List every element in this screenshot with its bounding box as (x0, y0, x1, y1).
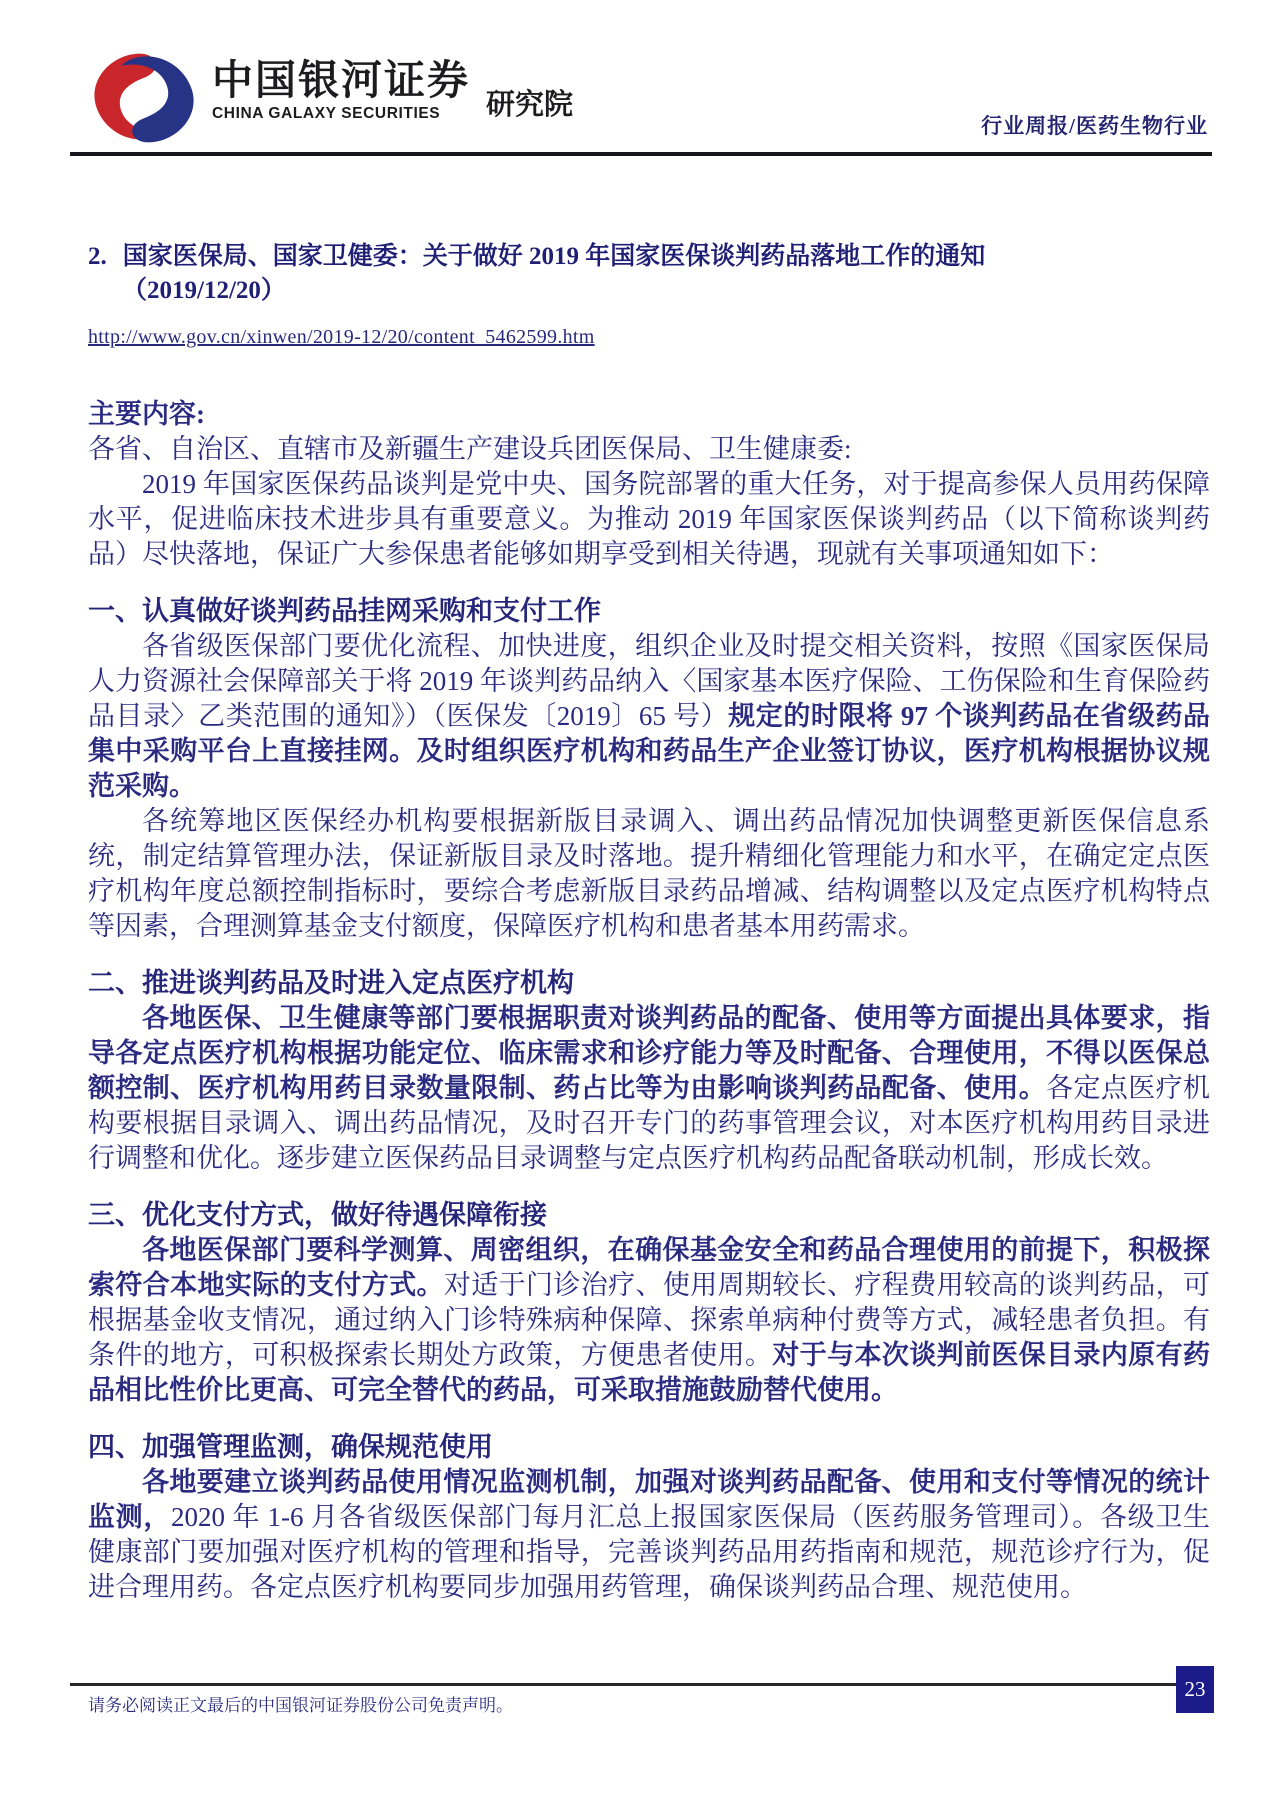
section-1: 一、认真做好谈判药品挂网采购和支付工作 各省级医保部门要优化流程、加快进度，组织… (88, 594, 1210, 944)
brand-name-en: CHINA GALAXY SECURITIES (212, 105, 470, 123)
brand-lockup: 中国银河证券 CHINA GALAXY SECURITIES 研究院 (92, 50, 573, 146)
page-number-badge: 23 (1176, 1666, 1214, 1713)
intro-paragraph: 2019 年国家医保药品谈判是党中央、国务院部署的重大任务，对于提高参保人员用药… (88, 467, 1210, 572)
brand-text: 中国银河证券 CHINA GALAXY SECURITIES (212, 50, 470, 123)
report-type-label: 行业周报/医药生物行业 (981, 110, 1208, 140)
notice-title-line1: 2.国家医保局、国家卫健委：关于做好 2019 年国家医保谈判药品落地工作的通知 (88, 243, 985, 270)
paragraph: 各地要建立谈判药品使用情况监测机制，加强对谈判药品配备、使用和支付等情况的统计监… (88, 1465, 1210, 1605)
section-4-heading: 四、加强管理监测，确保规范使用 (88, 1430, 1210, 1465)
brand-name-cn: 中国银河证券 (212, 58, 470, 103)
intro-label: 主要内容: (88, 397, 1210, 432)
notice-title-number: 2. (88, 240, 107, 274)
notice-title-date: （2019/12/20） (88, 274, 286, 308)
header-rule (70, 152, 1212, 156)
paragraph: 各统筹地区医保经办机构要根据新版目录调入、调出药品情况加快调整更新医保信息系统，… (88, 804, 1210, 944)
document-body: 2.国家医保局、国家卫健委：关于做好 2019 年国家医保谈判药品落地工作的通知… (88, 240, 1210, 1605)
galaxy-logo-icon (92, 50, 196, 146)
notice-title: 2.国家医保局、国家卫健委：关于做好 2019 年国家医保谈判药品落地工作的通知… (88, 240, 1210, 308)
section-2: 二、推进谈判药品及时进入定点医疗机构 各地医保、卫生健康等部门要根据职责对谈判药… (88, 966, 1210, 1176)
section-3-heading: 三、优化支付方式，做好待遇保障衔接 (88, 1198, 1210, 1233)
source-link[interactable]: http://www.gov.cn/xinwen/2019-12/20/cont… (88, 320, 595, 355)
intro-block: 主要内容: 各省、自治区、直辖市及新疆生产建设兵团医保局、卫生健康委: 2019… (88, 397, 1210, 572)
section-4: 四、加强管理监测，确保规范使用 各地要建立谈判药品使用情况监测机制，加强对谈判药… (88, 1430, 1210, 1605)
report-page: 中国银河证券 CHINA GALAXY SECURITIES 研究院 行业周报/… (0, 0, 1280, 1810)
section-2-heading: 二、推进谈判药品及时进入定点医疗机构 (88, 966, 1210, 1001)
paragraph: 各地医保部门要科学测算、周密组织，在确保基金安全和药品合理使用的前提下，积极探索… (88, 1233, 1210, 1408)
disclaimer-text: 请务必阅读正文最后的中国银河证券股份公司免责声明。 (88, 1691, 513, 1716)
paragraph: 各地医保、卫生健康等部门要根据职责对谈判药品的配备、使用等方面提出具体要求，指导… (88, 1001, 1210, 1176)
section-1-heading: 一、认真做好谈判药品挂网采购和支付工作 (88, 594, 1210, 629)
section-3: 三、优化支付方式，做好待遇保障衔接 各地医保部门要科学测算、周密组织，在确保基金… (88, 1198, 1210, 1408)
footer-rule (70, 1683, 1212, 1686)
brand-research-institute: 研究院 (486, 82, 573, 123)
salutation-line: 各省、自治区、直辖市及新疆生产建设兵团医保局、卫生健康委: (88, 432, 1210, 467)
paragraph: 各省级医保部门要优化流程、加快进度，组织企业及时提交相关资料，按照《国家医保局 … (88, 629, 1210, 804)
